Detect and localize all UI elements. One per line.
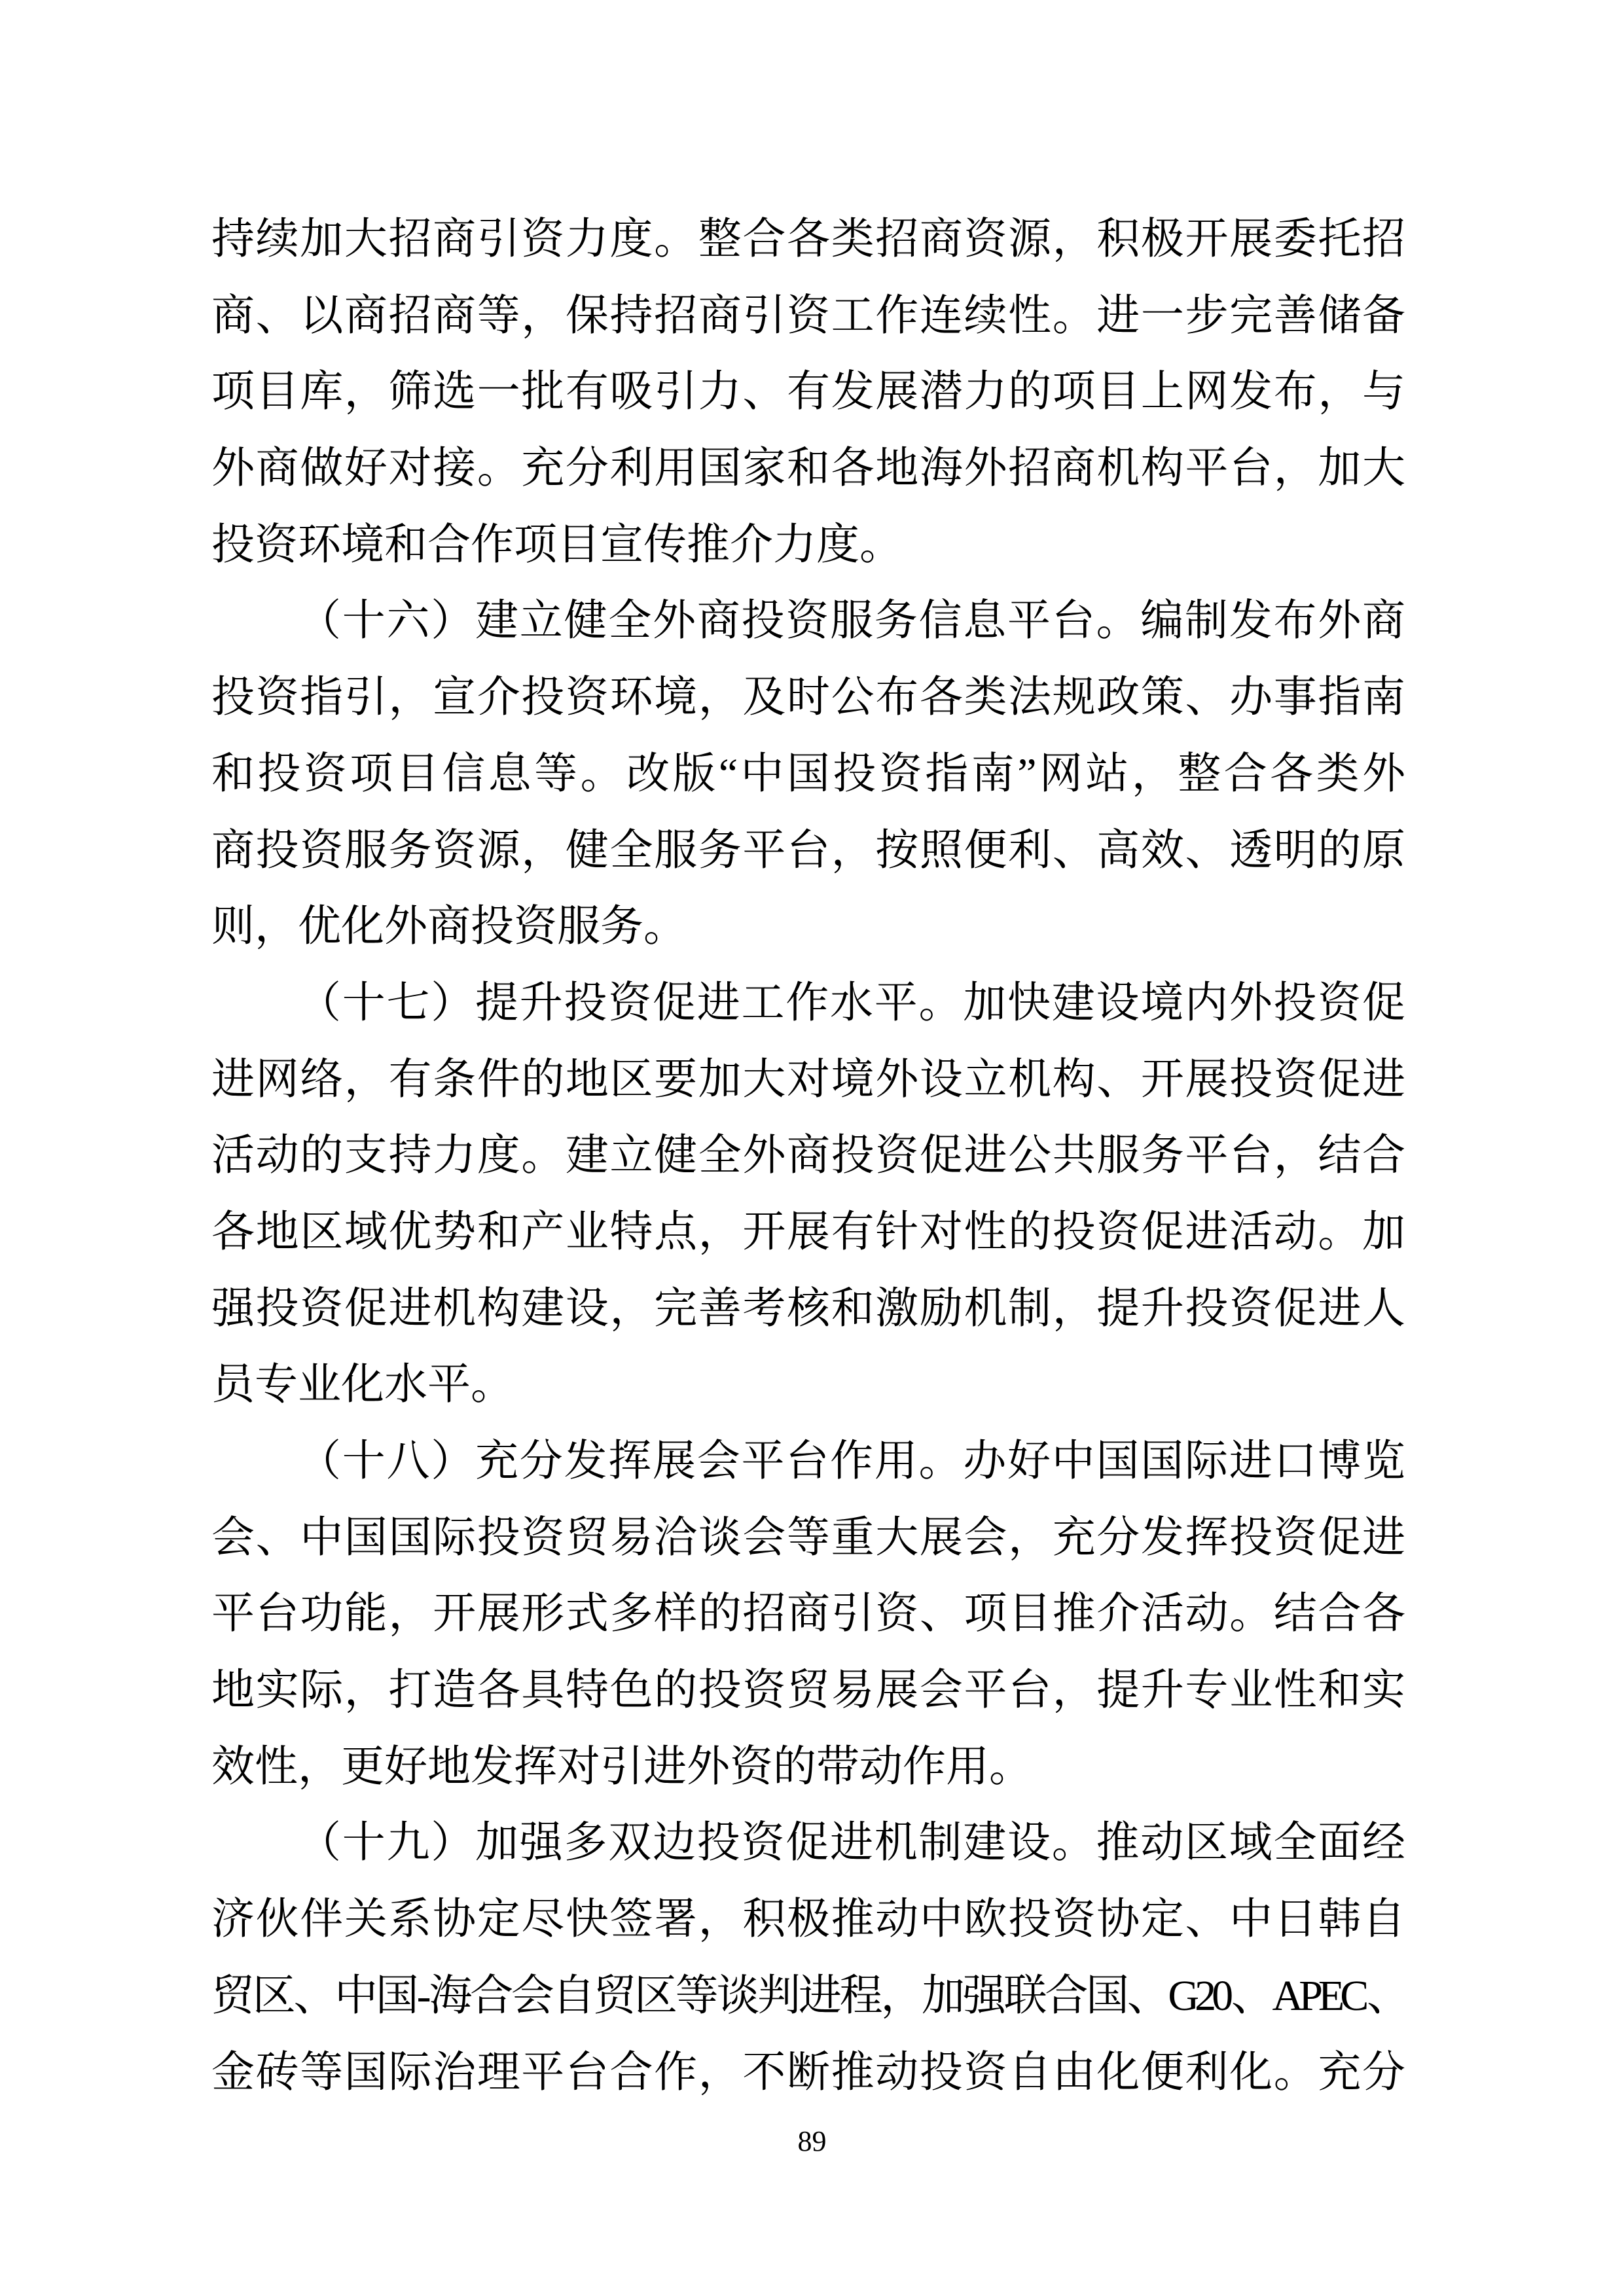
text-line: （十七）提升投资促进工作水平。加快建设境内外投资促 [211, 965, 1405, 1042]
text-line: 地实际，打造各具特色的投资贸易展会平台，提升专业性和实 [211, 1653, 1405, 1729]
text-line: 各地区域优势和产业特点，开展有针对性的投资促进活动。加 [211, 1194, 1405, 1271]
text-line: 商投资服务资源，健全服务平台，按照便利、高效、透明的原 [211, 813, 1405, 889]
document-page: 持续加大招商引资力度。整合各类招商资源，积极开展委托招商、以商招商等，保持招商引… [0, 0, 1624, 2296]
text-line: （十八）充分发挥展会平台作用。办好中国国际进口博览 [211, 1424, 1405, 1500]
text-line: 项目库，筛选一批有吸引力、有发展潜力的项目上网发布，与 [211, 354, 1405, 431]
text-line: 则，优化外商投资服务。 [211, 889, 1405, 965]
text-line: 活动的支持力度。建立健全外商投资促进公共服务平台，结合 [211, 1118, 1405, 1194]
text-line: 平台功能，开展形式多样的招商引资、项目推介活动。结合各 [211, 1576, 1405, 1653]
text-line: 贸区、中国-海合会自贸区等谈判进程，加强联合国、G20、APEC、 [211, 1958, 1405, 2035]
text-line: 外商做好对接。充分利用国家和各地海外招商机构平台，加大 [211, 431, 1405, 507]
text-line: （十九）加强多双边投资促进机制建设。推动区域全面经 [211, 1805, 1405, 1882]
text-line: 商、以商招商等，保持招商引资工作连续性。进一步完善储备 [211, 278, 1405, 355]
text-line: 持续加大招商引资力度。整合各类招商资源，积极开展委托招 [211, 202, 1405, 278]
text-line: 投资指引，宣介投资环境，及时公布各类法规政策、办事指南 [211, 660, 1405, 736]
text-line: 强投资促进机构建设，完善考核和激励机制，提升投资促进人 [211, 1271, 1405, 1348]
text-line: 和投资项目信息等。改版“中国投资指南”网站，整合各类外 [211, 736, 1405, 813]
text-line: 金砖等国际治理平台合作，不断推动投资自由化便利化。充分 [211, 2035, 1405, 2111]
text-line: 效性，更好地发挥对引进外资的带动作用。 [211, 1729, 1405, 1806]
text-line: （十六）建立健全外商投资服务信息平台。编制发布外商 [211, 583, 1405, 660]
page-number: 89 [0, 2126, 1624, 2157]
text-block: 持续加大招商引资力度。整合各类招商资源，积极开展委托招商、以商招商等，保持招商引… [211, 202, 1405, 2111]
text-line: 进网络，有条件的地区要加大对境外设立机构、开展投资促进 [211, 1042, 1405, 1119]
text-line: 会、中国国际投资贸易洽谈会等重大展会，充分发挥投资促进 [211, 1500, 1405, 1577]
text-line: 投资环境和合作项目宣传推介力度。 [211, 507, 1405, 584]
text-line: 济伙伴关系协定尽快签署，积极推动中欧投资协定、中日韩自 [211, 1882, 1405, 1958]
text-line: 员专业化水平。 [211, 1347, 1405, 1424]
